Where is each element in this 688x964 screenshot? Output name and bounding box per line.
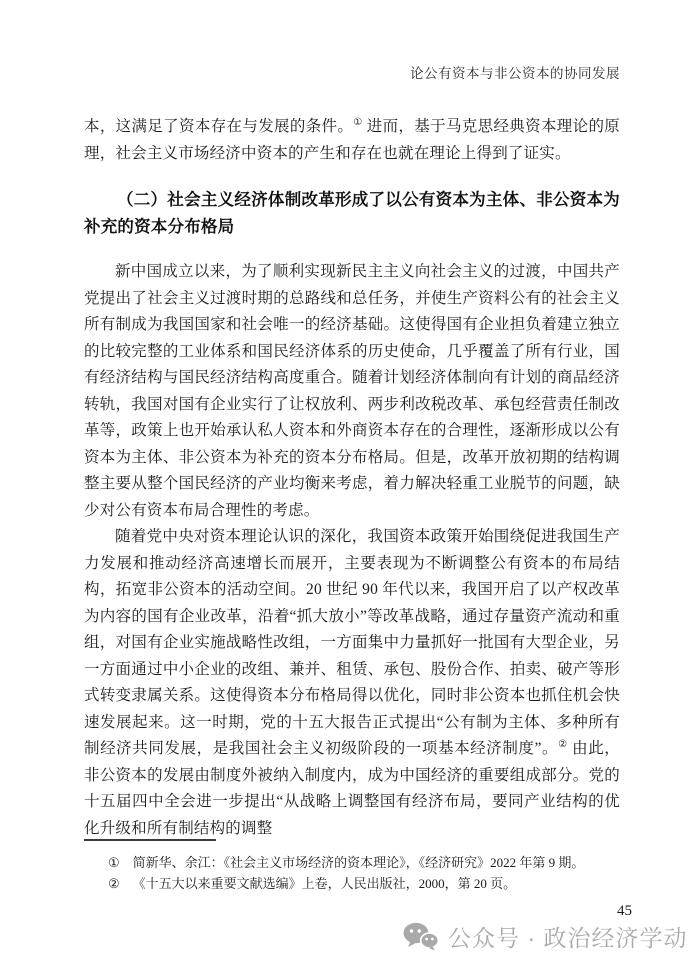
footnote-ref-2: ② — [558, 739, 568, 750]
section-heading: （二）社会主义经济体制改革形成了以公有资本为主体、非公资本为补充的资本分布格局 — [84, 187, 620, 240]
footnote-1: ①简新华、余江：《社会主义市场经济的资本理论》，《经济研究》2022 年第 9 … — [84, 853, 620, 874]
paragraph-continuation: 本，这满足了资本存在与发展的条件。① 进而，基于马克思经典资本理论的原理，社会主… — [84, 114, 620, 167]
watermark-text: 公众号 · 政治经济学动态 — [448, 920, 688, 953]
paragraph-2-text-1: 随着党中央对资本理论认识的深化，我国资本政策开始围绕促进我国生产力发展和推动经济… — [84, 528, 620, 757]
footnote-area: ①简新华、余江：《社会主义市场经济的资本理论》，《经济研究》2022 年第 9 … — [84, 839, 620, 894]
watermark: 公众号 · 政治经济学动态 — [403, 920, 688, 953]
footnote-2: ②《十五大以来重要文献选编》上卷，人民出版社，2000，第 20 页。 — [84, 874, 620, 895]
footnote-1-text: 简新华、余江：《社会主义市场经济的资本理论》，《经济研究》2022 年第 9 期… — [133, 855, 585, 870]
footnote-1-marker: ① — [108, 853, 120, 874]
paragraph-1: 新中国成立以来，为了顺利实现新民主主义向社会主义的过渡，中国共产党提出了社会主义… — [84, 259, 620, 524]
footnote-2-marker: ② — [108, 874, 120, 895]
footnote-2-text: 《十五大以来重要文献选编》上卷，人民出版社，2000，第 20 页。 — [133, 876, 517, 891]
footnote-ref-1: ① — [353, 117, 362, 128]
paragraph-2: 随着党中央对资本理论认识的深化，我国资本政策开始围绕促进我国生产力发展和推动经济… — [84, 524, 620, 842]
document-page: 论公有资本与非公资本的协同发展 本，这满足了资本存在与发展的条件。① 进而，基于… — [0, 0, 688, 964]
page-number: 45 — [84, 903, 632, 920]
footnote-separator — [84, 839, 216, 841]
paragraph-continuation-text-1: 本，这满足了资本存在与发展的条件。 — [84, 118, 353, 135]
running-header: 论公有资本与非公资本的协同发展 — [84, 62, 620, 82]
wechat-icon — [403, 922, 439, 951]
body-text: 本，这满足了资本存在与发展的条件。① 进而，基于马克思经典资本理论的原理，社会主… — [84, 114, 620, 842]
